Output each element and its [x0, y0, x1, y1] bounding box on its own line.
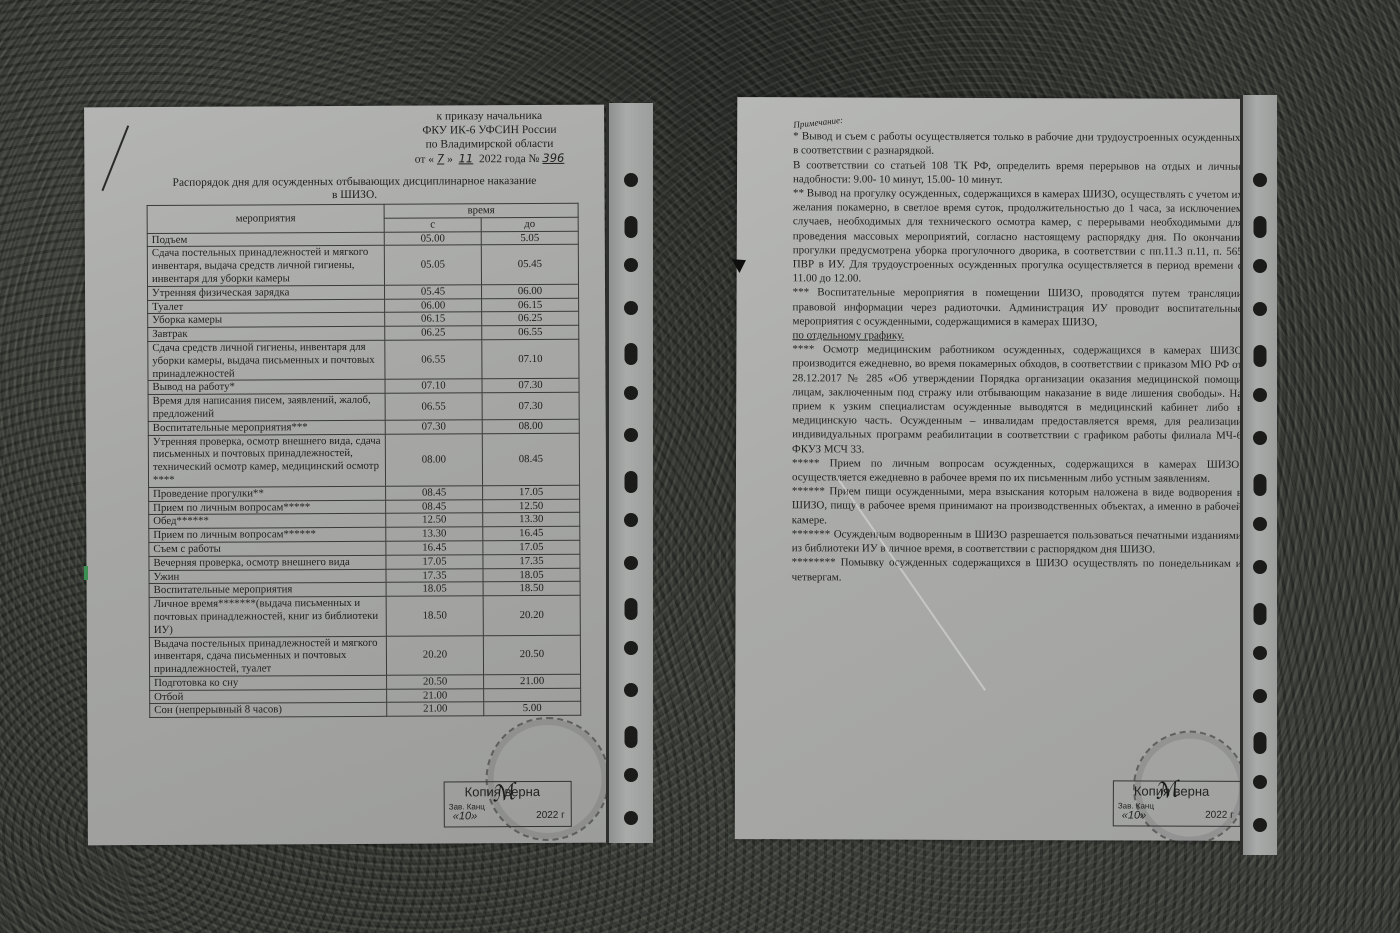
cell-from: 21.00 [387, 702, 484, 716]
stamp-day: «10» [453, 810, 478, 822]
note-paragraph: ******* Осужденным водворенным в ШИЗО ра… [792, 527, 1242, 557]
punch-hole [624, 173, 638, 187]
punch-hole [624, 556, 638, 570]
punch-hole [1253, 431, 1267, 445]
cell-to: 5.00 [484, 702, 581, 716]
cell-to: 20.50 [483, 635, 580, 675]
punch-hole [625, 598, 638, 620]
cell-from: 13.30 [386, 527, 483, 541]
cell-from: 18.50 [386, 596, 483, 636]
note-text: ******** Помывку осужденных содержащихся… [792, 557, 1242, 583]
cell-activity: Завтрак [148, 326, 385, 341]
punch-hole [624, 811, 638, 825]
cell-to: 12.50 [483, 499, 580, 513]
note-paragraph: *** Воспитательные мероприятия в помещен… [792, 286, 1242, 344]
note-text: ** Вывод на прогулку осужденных, содержа… [793, 187, 1243, 284]
punch-hole [1253, 818, 1267, 832]
punch-hole [1253, 173, 1267, 187]
schedule-title: Распорядок дня для осужденных отбывающих… [144, 175, 564, 203]
order-header-line1: к приказу начальника [415, 109, 565, 124]
date-prefix: от « [415, 154, 434, 166]
punch-hole [624, 428, 638, 442]
cell-to: 06.00 [482, 284, 579, 298]
order-number: 396 [542, 151, 564, 165]
cell-to: 06.25 [482, 312, 579, 326]
cell-to: 21.00 [484, 674, 581, 688]
cell-from: 05.45 [385, 285, 482, 299]
cell-activity: Воспитательные мероприятия*** [148, 420, 385, 435]
cell-to: 06.55 [482, 325, 579, 339]
cell-to: 08.45 [482, 433, 579, 486]
cell-to: 08.00 [482, 419, 579, 433]
note-paragraph: ** Вывод на прогулку осужденных, содержа… [793, 186, 1243, 287]
date-year: 2022 года № [479, 153, 540, 165]
daily-schedule-page: к приказу начальника ФКУ ИК-6 УФСИН Росс… [84, 105, 608, 846]
black-corner-mark [732, 253, 750, 273]
punch-hole [1253, 560, 1267, 574]
cell-activity: Обед****** [149, 514, 386, 529]
cell-to: 17.05 [483, 540, 580, 554]
green-mark [84, 566, 88, 580]
cell-to [484, 688, 581, 702]
cell-from: 16.45 [386, 541, 483, 555]
cell-activity: Вывод на работу* [148, 380, 385, 395]
col-activity-header: мероприятия [147, 204, 384, 233]
table-row: Выдача постельных принадлежностей и мягк… [149, 635, 580, 677]
cell-activity: Время для написания писем, заявлений, жа… [148, 393, 385, 421]
cell-activity: Отбой [150, 689, 387, 704]
cell-from: 05.05 [384, 245, 481, 285]
date-month: 11 [459, 151, 474, 165]
note-text: ******* Осужденным водворенным в ШИЗО ра… [792, 528, 1242, 555]
cell-from: 20.50 [387, 675, 484, 689]
order-header-line3: по Владимирской области [415, 137, 565, 152]
cell-to: 18.05 [483, 568, 580, 582]
date-mid: » [447, 153, 453, 165]
order-header: к приказу начальника ФКУ ИК-6 УФСИН Росс… [415, 109, 565, 167]
cell-from: 06.55 [385, 340, 482, 380]
punch-hole [1254, 603, 1267, 625]
cell-from: 08.00 [385, 433, 482, 486]
punch-hole [625, 343, 638, 365]
punch-hole [624, 301, 638, 315]
punch-hole [1254, 216, 1267, 238]
cell-from: 06.00 [385, 298, 482, 312]
cell-to: 18.50 [483, 582, 580, 596]
cell-to: 06.15 [482, 298, 579, 312]
note-text: * Вывод и съем с работы осуществляется т… [793, 130, 1243, 157]
punch-hole [625, 216, 638, 238]
cell-to: 05.45 [481, 245, 578, 285]
cell-from: 12.50 [386, 513, 483, 527]
punch-hole [624, 641, 638, 655]
note-paragraph: * Вывод и съем с работы осуществляется т… [793, 129, 1243, 159]
table-row: Время для написания писем, заявлений, жа… [148, 392, 579, 421]
note-text: В соответствии со статьей 108 ТК РФ, опр… [793, 159, 1243, 186]
cell-to: 16.45 [483, 526, 580, 540]
schedule-table: мероприятия время с до Подъем05.005.05Сд… [147, 203, 582, 719]
cell-from: 18.05 [386, 582, 483, 596]
date-day: 7 [437, 151, 444, 165]
punch-hole [1253, 388, 1267, 402]
cell-activity: Уборка камеры [148, 313, 385, 328]
cell-activity: Туалет [148, 299, 385, 314]
cell-activity: Подъем [147, 232, 384, 247]
cell-from: 08.45 [386, 486, 483, 500]
cell-activity: Утренняя физическая зарядка [148, 285, 385, 300]
col-time-header: время [384, 203, 578, 218]
stamp-day: «10» [1122, 809, 1147, 821]
punch-hole [1254, 732, 1267, 754]
col-from-header: с [384, 218, 481, 232]
punch-hole [1254, 345, 1267, 367]
cell-to: 20.20 [483, 595, 580, 635]
cell-from: 06.25 [385, 326, 482, 340]
cell-to: 17.05 [483, 485, 580, 499]
punch-hole [625, 471, 638, 493]
note-text: **** Осмотр медицинским работником осужд… [792, 344, 1242, 456]
pen-mark [101, 125, 129, 191]
notes-text: Примечание: * Вывод и съем с работы осущ… [792, 115, 1244, 585]
table-row: Утренняя проверка, осмотр внешнего вида,… [148, 433, 579, 487]
schedule-title-line1: Распорядок дня для осужденных отбывающих… [144, 175, 564, 190]
col-to-header: до [481, 217, 578, 231]
note-paragraph: В соответствии со статьей 108 ТК РФ, опр… [793, 158, 1243, 188]
cell-from: 20.20 [386, 635, 483, 675]
cell-activity: Прием по личным вопросам***** [149, 500, 386, 515]
cell-activity: Проведение прогулки** [149, 486, 386, 501]
cell-activity: Сон (непрерывный 8 часов) [150, 703, 387, 718]
note-text: *** Воспитательные мероприятия в помещен… [792, 287, 1242, 328]
cell-activity: Утренняя проверка, осмотр внешнего вида,… [148, 434, 385, 487]
note-text: ***** Прием по личным вопросам осужденны… [792, 457, 1242, 485]
cell-to: 17.35 [483, 554, 580, 568]
cell-activity: Сдача средств личной гигиены, инвентаря … [148, 340, 385, 381]
cell-to: 5.05 [481, 231, 578, 245]
punch-hole [624, 258, 638, 272]
cell-activity: Личное время*******(выдача письменных и … [149, 596, 386, 637]
sleeve-binding-strip-left [606, 103, 653, 843]
cell-activity: Воспитательные мероприятия [149, 583, 386, 598]
punch-hole [624, 513, 638, 527]
schedule-title-line2: в ШИЗО. [145, 188, 565, 203]
cell-from: 21.00 [387, 688, 484, 702]
cell-to: 07.30 [482, 392, 579, 419]
punch-hole [1253, 517, 1267, 531]
cell-to: 13.30 [483, 513, 580, 527]
cell-activity: Съем с работы [149, 541, 386, 556]
punch-hole [625, 726, 638, 748]
cell-from: 05.00 [384, 231, 481, 245]
punch-hole [1253, 775, 1267, 789]
signature: ℳ [490, 780, 517, 808]
note-paragraph: **** Осмотр медицинским работником осужд… [792, 343, 1242, 458]
table-row: Личное время*******(выдача письменных и … [149, 595, 580, 637]
sleeve-binding-strip-right [1240, 95, 1277, 855]
cell-activity: Ужин [149, 569, 386, 584]
cell-from: 07.30 [385, 420, 482, 434]
stamp-year: 2022 г [536, 810, 565, 821]
punch-hole [1253, 646, 1267, 660]
order-date-line: от « 7 » 11 2022 года № 396 [415, 151, 565, 167]
cell-from: 06.15 [385, 312, 482, 326]
cell-from: 17.05 [386, 555, 483, 569]
punch-hole [1253, 689, 1267, 703]
cell-activity: Подготовка ко сну [150, 675, 387, 690]
cell-from: 07.10 [385, 379, 482, 393]
punch-hole [1253, 302, 1267, 316]
punch-hole [624, 768, 638, 782]
cell-from: 08.45 [386, 499, 483, 513]
notes-page: Примечание: * Вывод и съем с работы осущ… [735, 97, 1258, 841]
cell-from: 17.35 [386, 568, 483, 582]
punch-hole [1253, 259, 1267, 273]
cell-to: 07.10 [482, 339, 579, 379]
cell-activity: Прием по личным вопросам****** [149, 527, 386, 542]
punch-hole [624, 683, 638, 697]
cell-activity: Выдача постельных принадлежностей и мягк… [149, 636, 386, 677]
note-paragraph: ***** Прием по личным вопросам осужденны… [792, 456, 1242, 486]
punch-hole [1254, 474, 1267, 496]
stamp-year: 2022 г [1205, 810, 1234, 821]
note-paragraph: ******** Помывку осужденных содержащихся… [792, 556, 1242, 586]
order-header-line2: ФКУ ИК-6 УФСИН России [415, 123, 565, 138]
table-row: Сдача средств личной гигиены, инвентаря … [148, 339, 579, 381]
table-row: Сдача постельных принадлежностей и мягко… [147, 245, 578, 287]
signature: ℳ [1153, 777, 1180, 805]
cell-from: 06.55 [385, 393, 482, 420]
cell-activity: Сдача постельных принадлежностей и мягко… [147, 246, 384, 287]
cell-to: 07.30 [482, 379, 579, 393]
cell-activity: Вечерняя проверка, осмотр внешнего вида [149, 555, 386, 570]
punch-hole [624, 386, 638, 400]
note-text: ****** Прием пищи осужденными, мера взыс… [792, 486, 1242, 527]
table-row: Сон (непрерывный 8 часов)21.005.00 [150, 702, 581, 718]
note-underlined-tail: по отдельному графику. [792, 329, 904, 341]
